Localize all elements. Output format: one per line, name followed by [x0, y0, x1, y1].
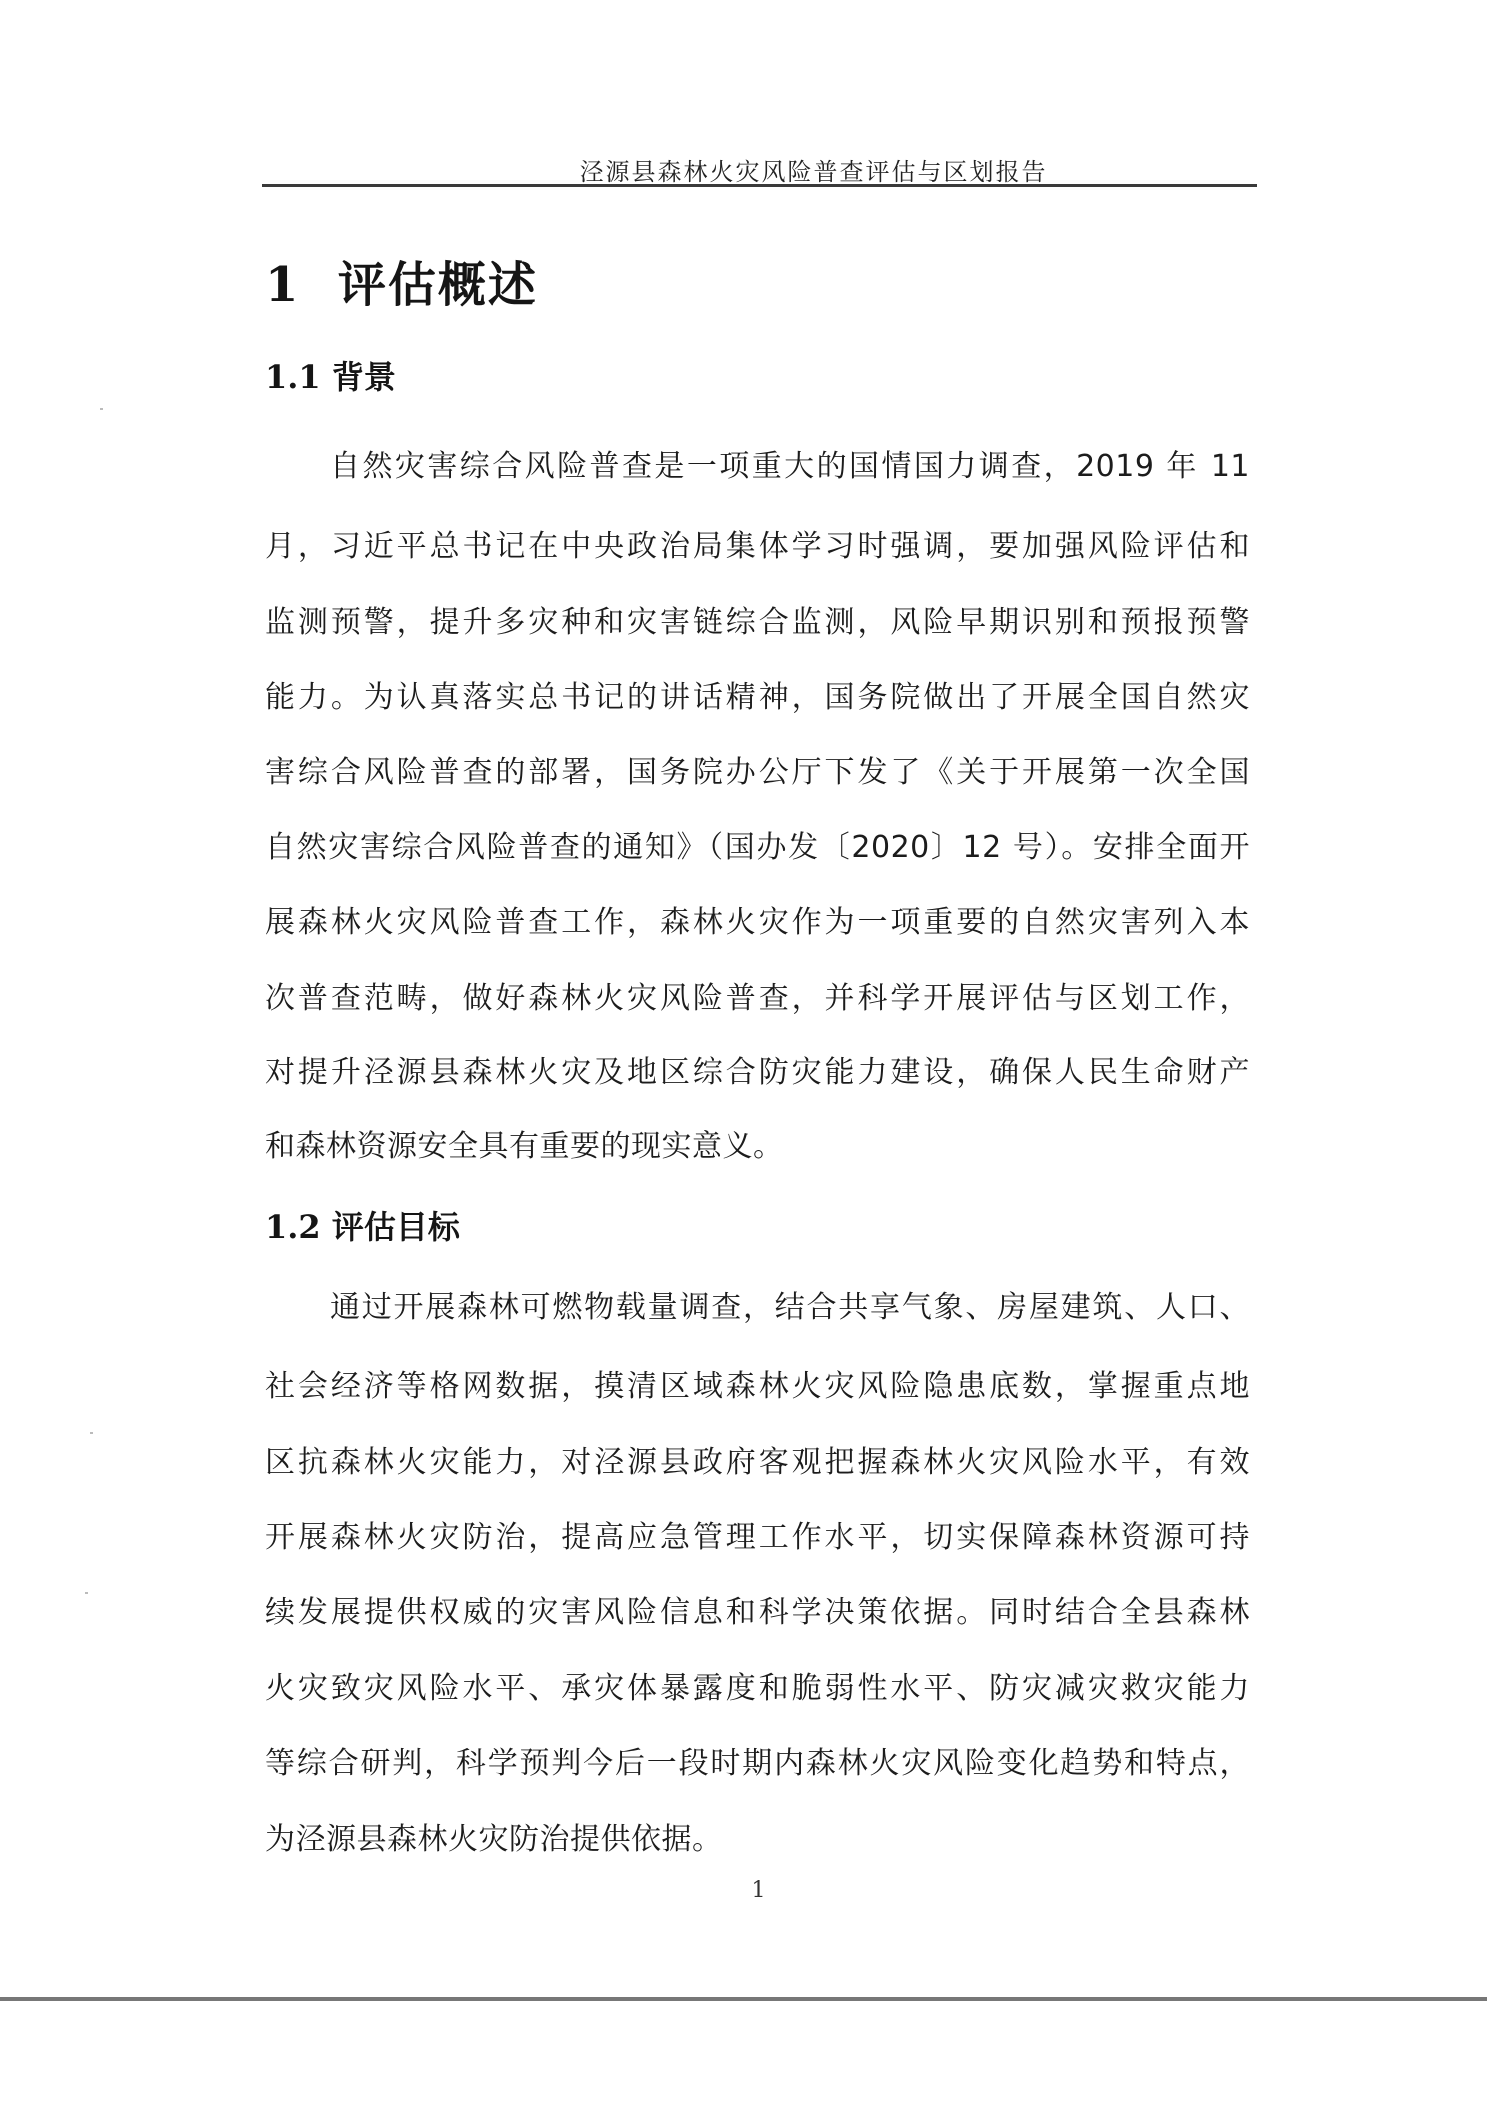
- paragraph-line: 火灾致灾风险水平、承灾体暴露度和脆弱性水平、防灾减灾救灾能力: [265, 1669, 1250, 1709]
- section-heading-objectives: 1.2 评估目标: [265, 1202, 460, 1248]
- paragraph-line: 和森林资源安全具有重要的现实意义。: [265, 1127, 1250, 1167]
- paragraph-line: 能力。为认真落实总书记的讲话精神，国务院做出了开展全国自然灾: [265, 678, 1250, 718]
- scan-speck: [85, 1592, 88, 1594]
- chapter-title: 1 评估概述: [265, 246, 538, 315]
- paragraph-line: 自然灾害综合风险普查的通知》（国办发〔2020〕12 号）。安排全面开: [265, 828, 1250, 868]
- header-divider: [262, 184, 1257, 187]
- paragraph-line: 通过开展森林可燃物载量调查，结合共享气象、房屋建筑、人口、: [330, 1288, 1250, 1328]
- paragraph-line: 展森林火灾风险普查工作，森林火灾作为一项重要的自然灾害列入本: [265, 903, 1250, 943]
- paragraph-line: 为泾源县森林火灾防治提供依据。: [265, 1820, 1250, 1860]
- paragraph-line: 社会经济等格网数据，摸清区域森林火灾风险隐患底数，掌握重点地: [265, 1367, 1250, 1407]
- paragraph-line: 等综合研判，科学预判今后一段时期内森林火灾风险变化趋势和特点，: [265, 1744, 1250, 1784]
- scan-speck: [90, 1432, 93, 1434]
- page-number: 1: [0, 1878, 1487, 1903]
- paragraph-line: 监测预警，提升多灾种和灾害链综合监测，风险早期识别和预报预警: [265, 603, 1250, 643]
- footer-scan-edge-line: [0, 1997, 1487, 2001]
- paragraph-line: 次普查范畴，做好森林火灾风险普查，并科学开展评估与区划工作，: [265, 979, 1250, 1019]
- scan-speck: [100, 408, 103, 410]
- paragraph-line: 害综合风险普查的部署，国务院办公厅下发了《关于开展第一次全国: [265, 753, 1250, 793]
- paragraph-line: 续发展提供权威的灾害风险信息和科学决策依据。同时结合全县森林: [265, 1593, 1250, 1633]
- running-header-title: 泾源县森林火灾风险普查评估与区划报告: [0, 152, 1487, 187]
- paragraph-line: 开展森林火灾防治，提高应急管理工作水平，切实保障森林资源可持: [265, 1518, 1250, 1558]
- paragraph-line: 区抗森林火灾能力，对泾源县政府客观把握森林火灾风险水平，有效: [265, 1443, 1250, 1483]
- section-heading-background: 1.1 背景: [265, 352, 396, 398]
- paragraph-line: 月，习近平总书记在中央政治局集体学习时强调，要加强风险评估和: [265, 527, 1250, 567]
- paragraph-line: 自然灾害综合风险普查是一项重大的国情国力调查，2019 年 11: [330, 447, 1250, 487]
- paragraph-line: 对提升泾源县森林火灾及地区综合防灾能力建设，确保人民生命财产: [265, 1053, 1250, 1093]
